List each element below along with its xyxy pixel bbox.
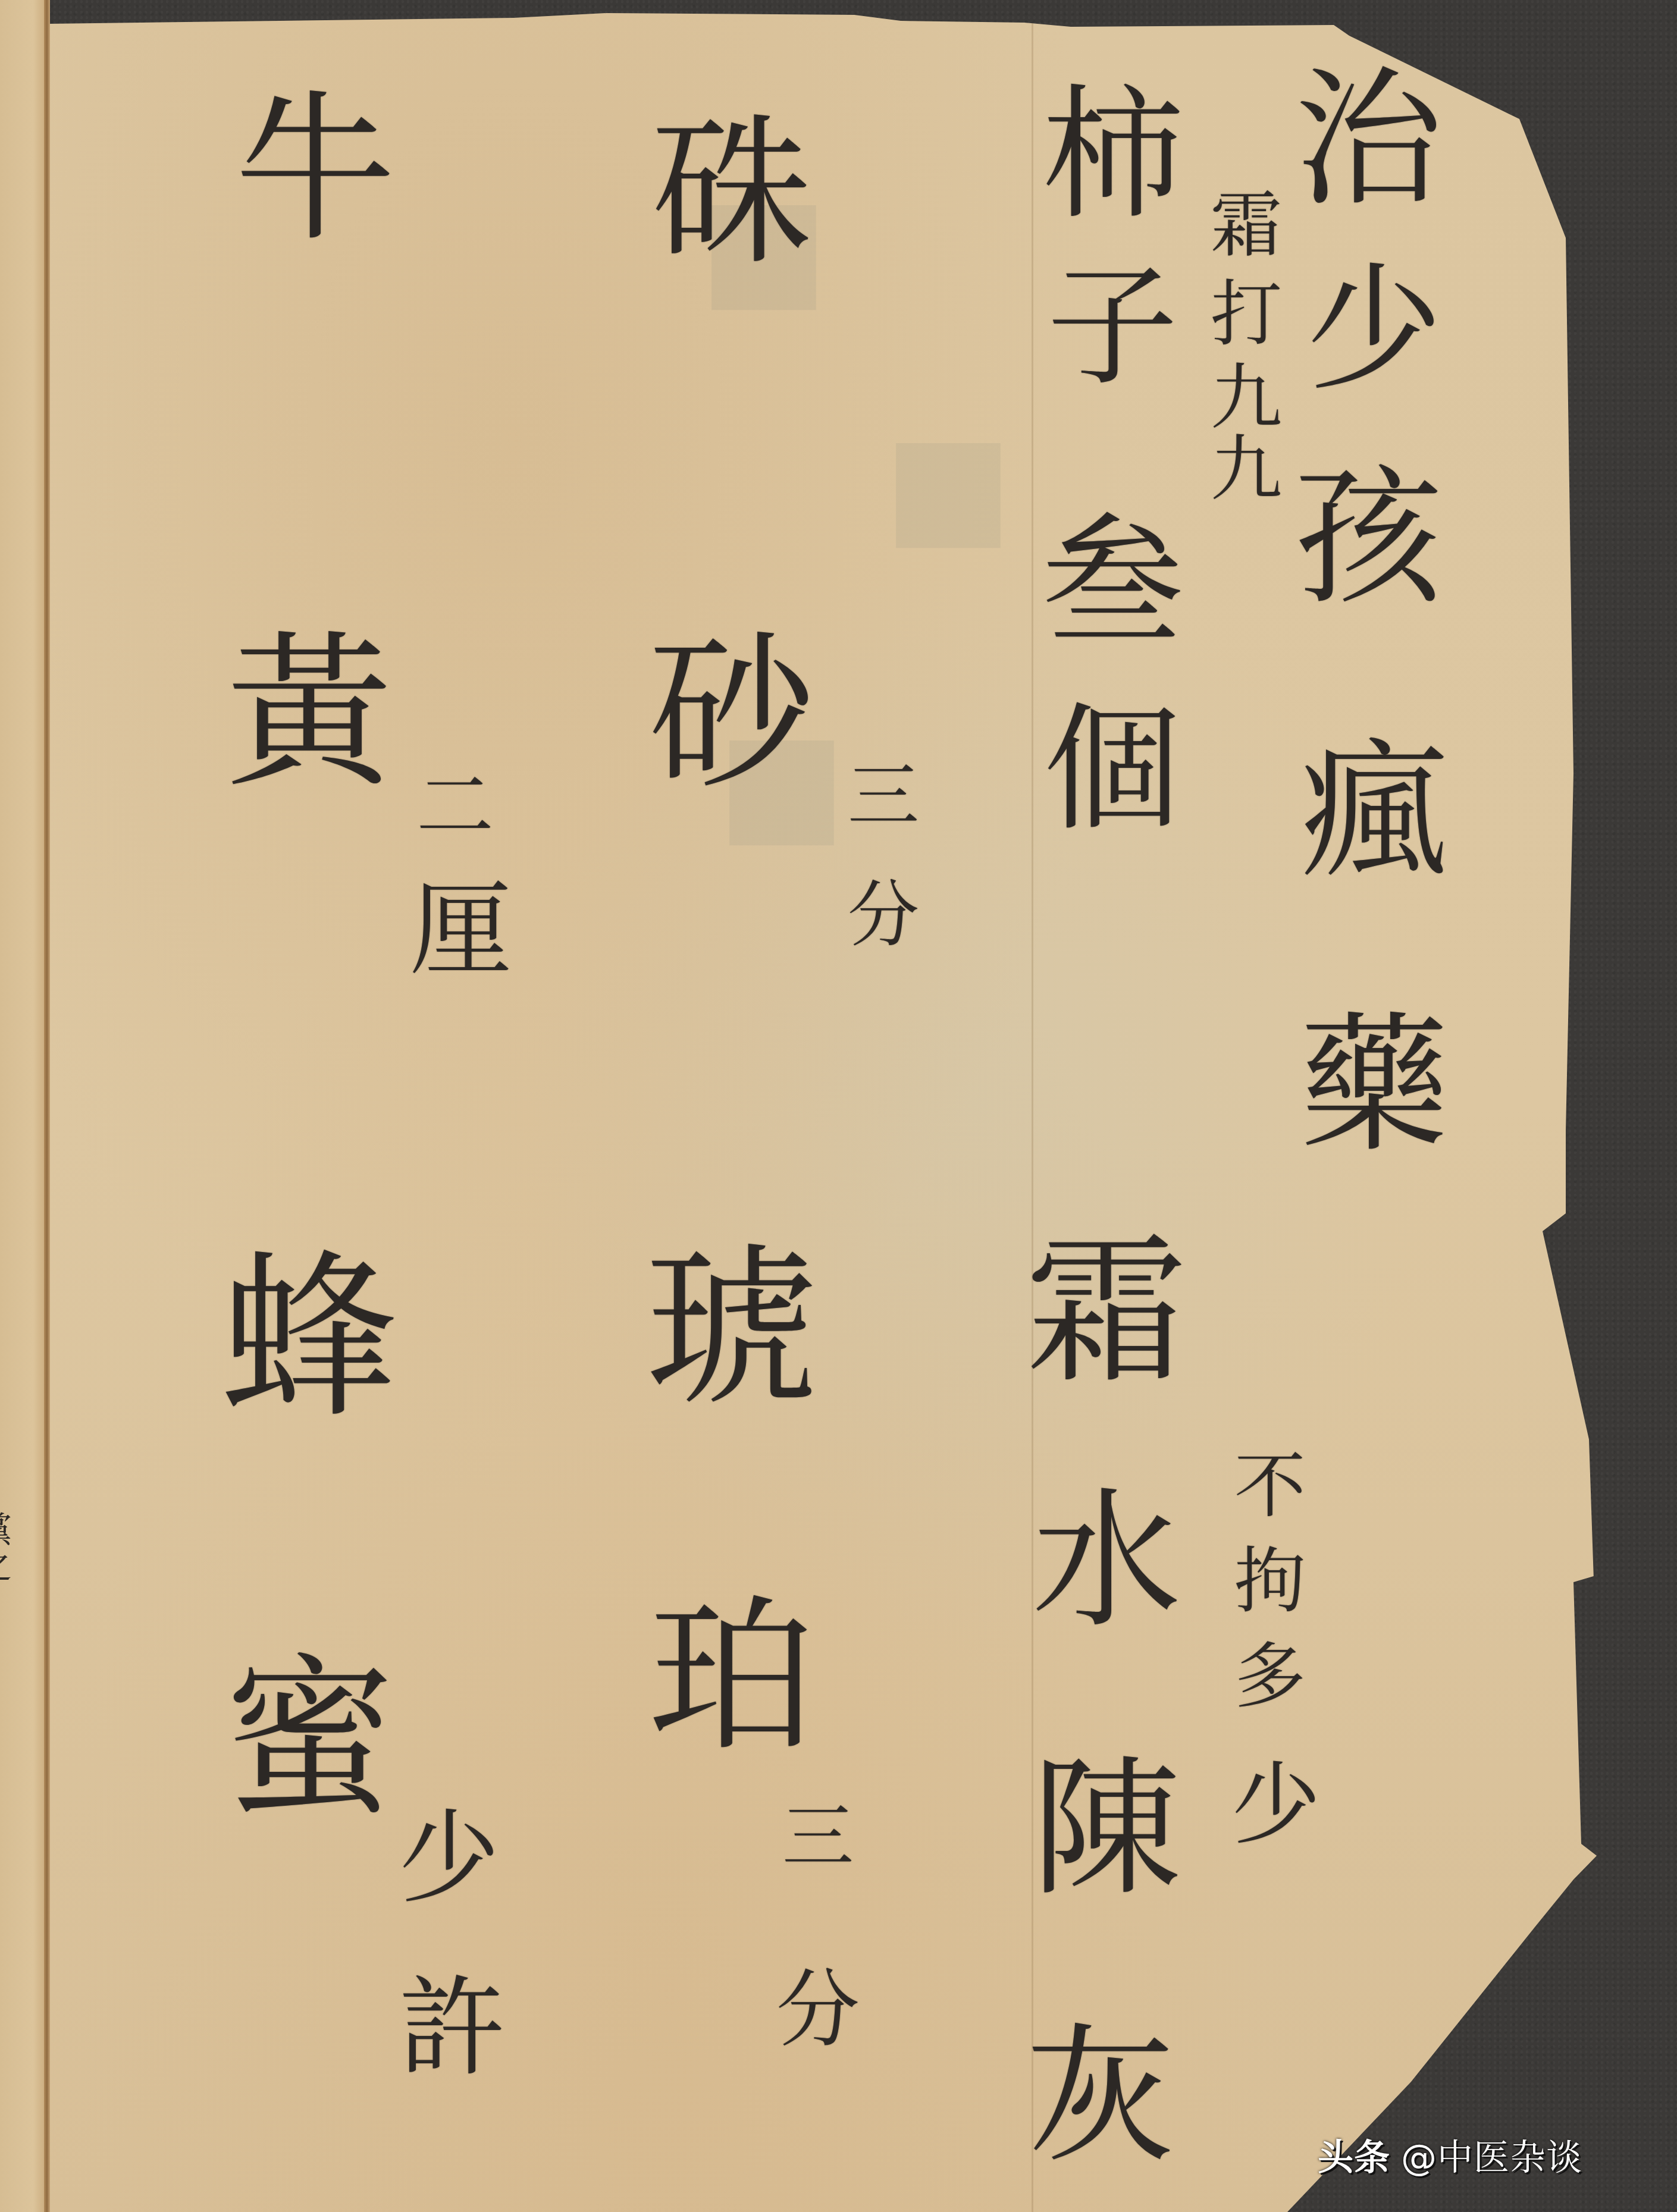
note-char: 三: [773, 1802, 863, 1874]
note-char: 少: [399, 1808, 488, 1909]
ingredient-char: 黃: [220, 630, 399, 797]
ingredient-char: 牛: [226, 89, 405, 250]
note-char: 打: [1202, 280, 1291, 351]
ingredient-char: 陳: [1017, 1755, 1196, 1903]
ingredient-char: 柿: [1023, 83, 1202, 226]
watermark-brand: 头条: [1318, 2137, 1390, 2179]
title-char: 瘋: [1285, 738, 1463, 886]
note-char: 分: [773, 1969, 863, 2052]
note-char: 少: [1231, 1761, 1321, 1850]
book-spine: [44, 0, 50, 2212]
note-char: 三: [839, 761, 928, 833]
left-fragment-char: 黨: [0, 1511, 12, 1546]
title-char: 孩: [1279, 464, 1457, 613]
note-char: 九: [1202, 434, 1291, 506]
note-char: 多: [1225, 1642, 1315, 1713]
watermark: 头条@中医杂谈: [1318, 2129, 1582, 2180]
ingredient-char: 水: [1017, 1487, 1196, 1636]
note-char: 厘: [410, 880, 500, 981]
ingredient-char: 蜜: [220, 1653, 399, 1826]
quantity-char: 個: [1023, 702, 1202, 839]
note-char: 許: [399, 1975, 488, 2082]
quantity-char: 叁: [1023, 512, 1202, 654]
ingredient-char: 子: [1023, 262, 1202, 393]
title-char: 少: [1285, 262, 1463, 399]
bleed-through: ■: [871, 416, 1026, 553]
ingredient-char: 砂: [642, 630, 821, 797]
note-char: 九: [1202, 363, 1291, 434]
note-char: 霜: [1202, 190, 1291, 262]
left-fragment-char: 之: [0, 1546, 12, 1582]
ingredient-char: 蜂: [220, 1249, 399, 1427]
ingredient-char: 霜: [1017, 1231, 1196, 1392]
title-char: 治: [1279, 65, 1457, 214]
title-char: 藥: [1285, 1011, 1463, 1160]
watermark-handle: @中医杂谈: [1401, 2137, 1582, 2179]
ingredient-char: 珀: [642, 1594, 821, 1761]
note-char: 拘: [1225, 1546, 1315, 1618]
left-page-ink-fragment: 黨之: [0, 1511, 24, 1868]
note-char: 二: [410, 767, 500, 845]
left-page-edge: 黨之: [0, 0, 48, 2212]
ingredient-char: 琥: [642, 1243, 821, 1416]
ingredient-char: 硃: [642, 113, 821, 274]
ingredient-char: 灰: [1011, 2022, 1190, 2171]
note-char: 分: [839, 880, 928, 952]
note-char: 不: [1225, 1451, 1315, 1523]
